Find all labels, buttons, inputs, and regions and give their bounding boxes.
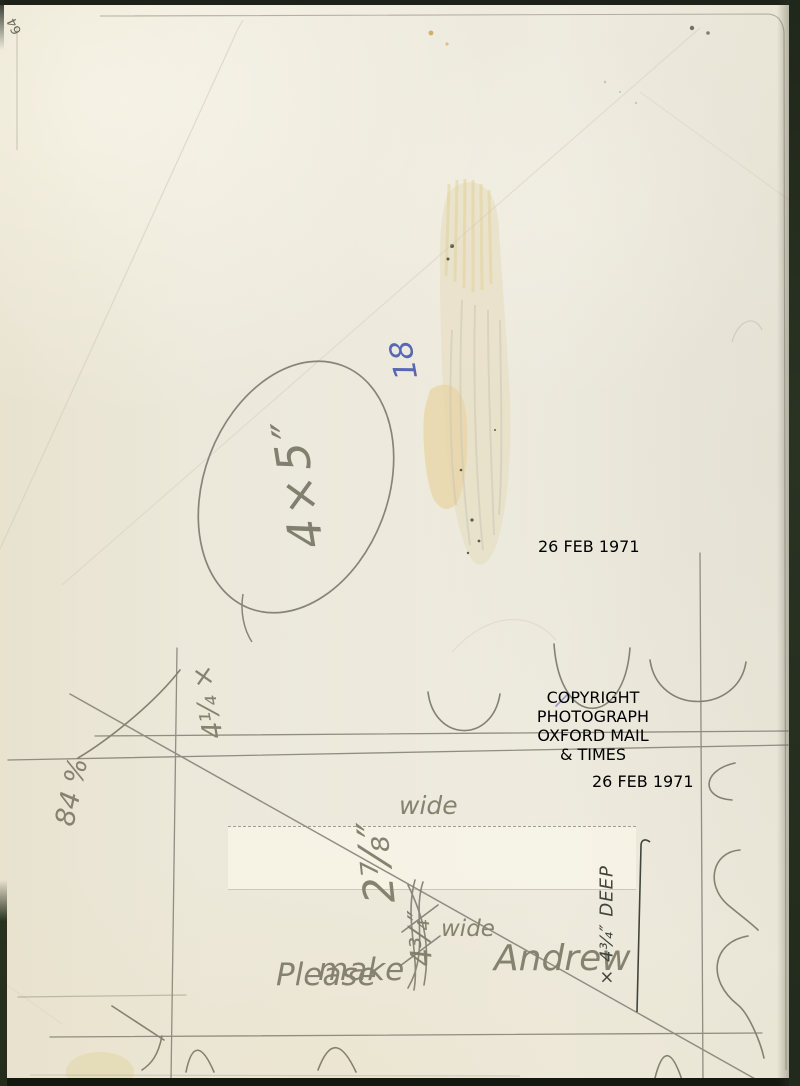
- scan-border-left-bottom: [0, 880, 7, 1086]
- scan-border-bottom: [0, 1078, 800, 1086]
- scan-border-left-top: [0, 0, 4, 50]
- scan-border-top: [0, 0, 800, 5]
- strike-out-scribble: [0, 0, 800, 1086]
- scan-border-right-shadow: [777, 0, 789, 1086]
- scan-border-right: [789, 0, 800, 1086]
- photo-back-scan: 64 4×5″ 18 84 % 4¼ × Please make 2⅞″ wid…: [0, 0, 800, 1086]
